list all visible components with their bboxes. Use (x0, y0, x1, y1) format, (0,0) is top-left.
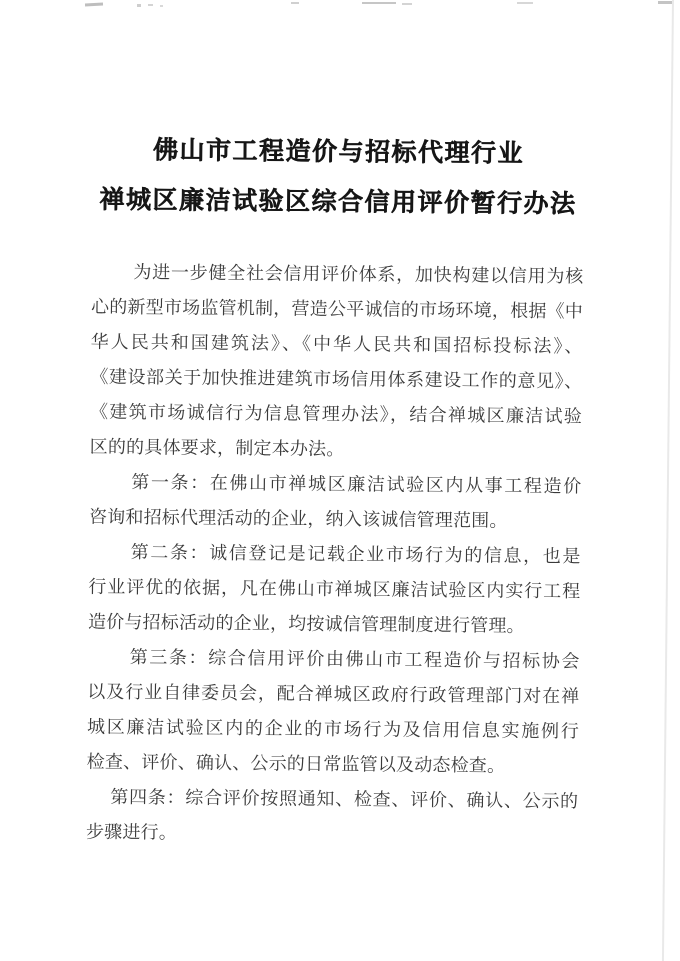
body-line: 城区廉洁试验区内的企业的市场行为及信用信息实施例行 (87, 710, 579, 750)
body-line: 《建设部关于加快推进建筑市场信用体系建设工作的意见》、 (90, 360, 582, 400)
scan-smudge (362, 2, 396, 4)
scan-smudge (658, 1, 672, 4)
body-line: 第一条：在佛山市禅城区廉洁试验区内从事工程造价 (89, 465, 581, 505)
body-line: 《建筑市场诚信行为信息管理办法》，结合禅城区廉洁试验 (90, 395, 582, 435)
scan-smudge (148, 4, 153, 6)
body-line: 检查、评价、确认、公示的日常监管以及动态检查。 (87, 745, 579, 785)
scan-smudge (137, 4, 141, 7)
body-line: 第三条：综合信用评价由佛山市工程造价与招标协会 (88, 640, 580, 680)
scan-smudge (291, 2, 299, 4)
document-title-line-2: 禅城区廉洁试验区综合信用评价暂行办法 (0, 175, 678, 232)
body-line: 华人民共和国建筑法》、《中华人民共和国招标投标法》、 (91, 325, 583, 365)
body-line: 步骤进行。 (86, 815, 578, 855)
body-line: 以及行业自律委员会，配合禅城区政府行政管理部门对在禅 (87, 675, 579, 715)
body-line: 区的的具体要求，制定本办法。 (90, 430, 582, 470)
body-line: 第四条：综合评价按照通知、检查、评价、确认、公示的 (86, 780, 578, 820)
scan-smudge (160, 5, 163, 7)
body-line: 心的新型市场监管机制，营造公平诚信的市场环境，根据《中 (91, 290, 583, 330)
scan-smudge (402, 3, 412, 5)
body-line: 行业评优的依据，凡在佛山市禅城区廉洁试验区内实行工程 (88, 570, 580, 610)
scan-smudge (517, 2, 533, 4)
body-line: 咨询和招标代理活动的企业，纳入该诚信管理范围。 (89, 500, 581, 540)
document-title: 佛山市工程造价与招标代理行业 禅城区廉洁试验区综合信用评价暂行办法 (0, 125, 679, 232)
document-title-line-1: 佛山市工程造价与招标代理行业 (0, 125, 679, 182)
scanned-sheet: 佛山市工程造价与招标代理行业 禅城区廉洁试验区综合信用评价暂行办法 为进一步健全… (0, 0, 680, 961)
document-page: { "document": { "title_lines": [ "佛山市工程造… (0, 0, 680, 961)
body-line: 为进一步健全社会信用评价体系，加快构建以信用为核 (91, 255, 583, 295)
body-line: 造价与招标活动的企业，均按诚信管理制度进行管理。 (88, 605, 580, 645)
body-line: 第二条：诚信登记是记载企业市场行为的信息，也是 (89, 535, 581, 575)
document-body: 为进一步健全社会信用评价体系，加快构建以信用为核 心的新型市场监管机制，营造公平… (86, 255, 584, 855)
